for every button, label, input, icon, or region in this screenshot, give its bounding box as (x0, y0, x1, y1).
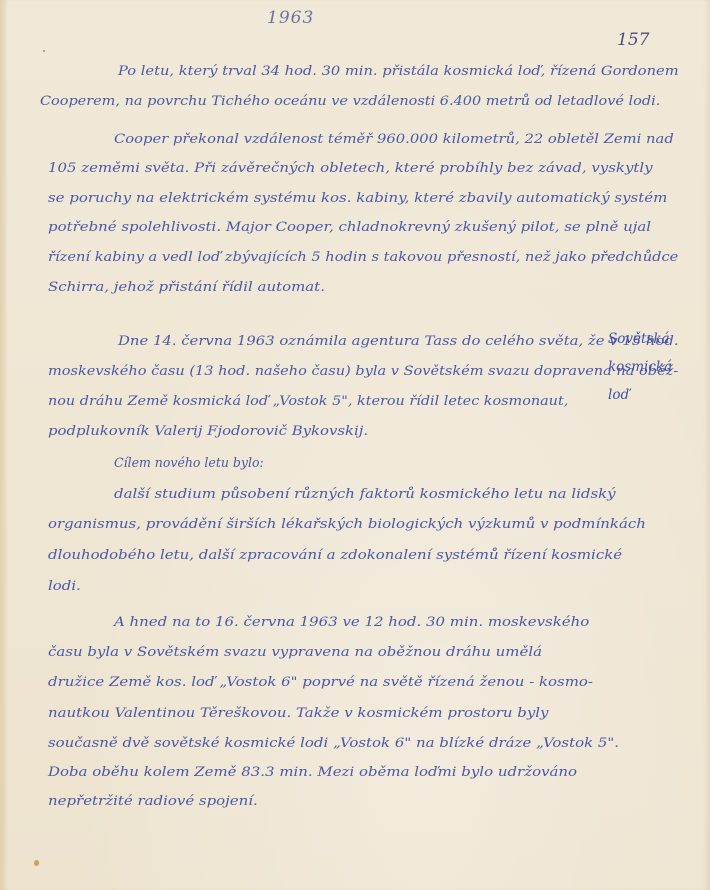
text-line: moskevského času (13 hod. našeho času) b… (48, 363, 678, 381)
text-line: nepřetržité radiové spojení. (48, 793, 258, 811)
text-line: potřebné spolehlivosti. Major Cooper, ch… (48, 219, 651, 237)
margin-note: Sovětská kosmická loď (608, 325, 672, 409)
text-line: Cooperem, na povrchu Tichého oceánu ve v… (40, 93, 660, 111)
page-year-heading: 1963 (267, 8, 314, 28)
text-line: družice Země kos. loď „Vostok 6" poprvé … (48, 674, 593, 692)
text-line: Dne 14. června 1963 oznámila agentura Ta… (118, 333, 679, 351)
paper-stain-dot (34, 860, 39, 866)
margin-note-line: loď (608, 381, 672, 409)
text-line: Doba oběhu kolem Země 83.3 min. Mezi obě… (48, 764, 577, 782)
text-line: Cooper překonal vzdálenost téměř 960.000… (114, 131, 674, 149)
margin-note-line: kosmická (608, 353, 672, 381)
text-line: lodi. (48, 578, 81, 596)
margin-note-line: Sovětská (608, 325, 672, 353)
text-line: organismus, provádění širších lékařských… (48, 516, 646, 534)
text-line: podplukovník Valerij Fjodorovič Bykovski… (48, 423, 368, 441)
text-line: dlouhodobého letu, další zpracování a zd… (48, 547, 622, 565)
page-number: 157 (617, 30, 649, 50)
text-line: Po letu, který trval 34 hod. 30 min. při… (118, 63, 679, 81)
text-line: další studium působení různých faktorů k… (114, 486, 616, 504)
text-line: A hned na to 16. června 1963 ve 12 hod. … (114, 614, 589, 632)
text-line: současně dvě sovětské kosmické lodi „Vos… (48, 735, 619, 753)
text-line: řízení kabiny a vedl loď zbývajících 5 h… (48, 249, 678, 267)
text-line: času byla v Sovětském svazu vypravena na… (48, 644, 542, 662)
text-line: se poruchy na elektrickém systému kos. k… (48, 190, 667, 208)
text-line: nautkou Valentinou Těreškovou. Takže v k… (48, 705, 549, 723)
text-line: Schirra, jehož přistání řídil automat. (48, 279, 325, 297)
handwritten-chronicle-page: 1963 157 Po letu, který trval 34 hod. 30… (0, 0, 710, 890)
page-binding-edge (0, 0, 8, 890)
text-line: Cílem nového letu bylo: (114, 455, 264, 473)
text-line: 105 zeměmi světa. Při závěrečných oblete… (48, 160, 653, 178)
paper-speck (43, 50, 45, 52)
text-line: nou dráhu Země kosmická loď „Vostok 5", … (48, 393, 568, 411)
